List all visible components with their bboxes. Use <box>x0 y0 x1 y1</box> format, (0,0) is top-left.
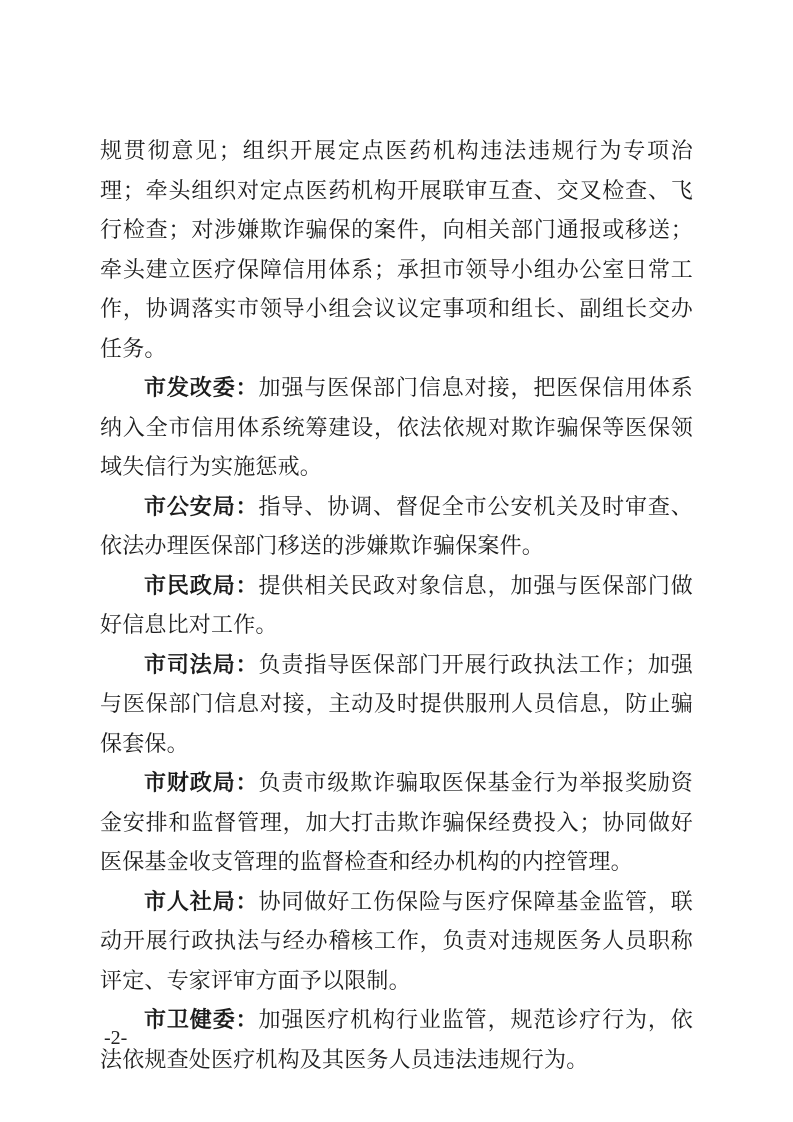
department-label: 市人社局： <box>144 889 259 914</box>
document-page: 规贯彻意见；组织开展定点医药机构违法违规行为专项治理；牵头组织对定点医药机构开展… <box>0 0 793 1122</box>
department-label: 市卫健委： <box>144 1007 259 1032</box>
paragraph: 市司法局：负责指导医保部门开展行政执法工作；加强与医保部门信息对接，主动及时提供… <box>100 645 693 764</box>
paragraph: 市公安局：指导、协调、督促全市公安机关及时审查、依法办理医保部门移送的涉嫌欺诈骗… <box>100 487 693 566</box>
paragraph: 市发改委：加强与医保部门信息对接，把医保信用体系纳入全市信用体系统筹建设，依法依… <box>100 368 693 487</box>
department-label: 市公安局： <box>144 494 259 519</box>
paragraph: 市人社局：协同做好工伤保险与医疗保障基金监管，联动开展行政执法与经办稽核工作，负… <box>100 882 693 1001</box>
department-label: 市民政局： <box>144 573 259 598</box>
paragraph: 市民政局：提供相关民政对象信息，加强与医保部门做好信息比对工作。 <box>100 566 693 645</box>
page-number: -2- <box>104 1027 127 1049</box>
paragraph-text: 规贯彻意见；组织开展定点医药机构违法违规行为专项治理；牵头组织对定点医药机构开展… <box>100 138 693 361</box>
document-body: 规贯彻意见；组织开展定点医药机构违法违规行为专项治理；牵头组织对定点医药机构开展… <box>100 131 693 1079</box>
paragraph: 市卫健委：加强医疗机构行业监管，规范诊疗行为，依法依规查处医疗机构及其医务人员违… <box>100 1000 693 1079</box>
department-label: 市财政局： <box>144 770 259 795</box>
department-label: 市发改委： <box>144 375 259 400</box>
department-label: 市司法局： <box>144 652 259 677</box>
paragraph: 市财政局：负责市级欺诈骗取医保基金行为举报奖励资金安排和监督管理，加大打击欺诈骗… <box>100 763 693 882</box>
paragraph: 规贯彻意见；组织开展定点医药机构违法违规行为专项治理；牵头组织对定点医药机构开展… <box>100 131 693 368</box>
